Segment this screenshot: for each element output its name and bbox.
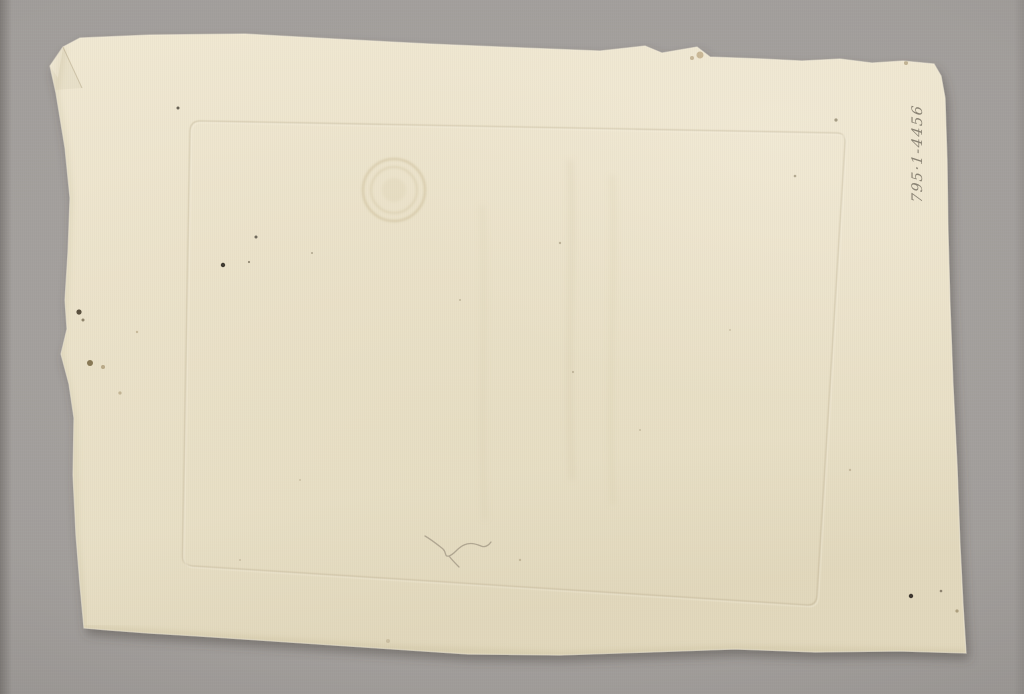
speck [87, 360, 93, 366]
speck [904, 61, 908, 65]
speck [136, 331, 138, 333]
speck [639, 429, 641, 431]
speck [386, 639, 390, 643]
speck [118, 391, 121, 394]
speck [311, 252, 313, 254]
speck [248, 261, 250, 263]
speck [709, 50, 714, 55]
artwork-scan [0, 0, 1024, 694]
speck [794, 175, 797, 178]
speck [849, 469, 851, 471]
speck [239, 559, 241, 561]
speck [299, 479, 301, 481]
speck [690, 56, 694, 60]
speck [459, 299, 461, 301]
speck [909, 594, 913, 598]
speck [940, 590, 943, 593]
photo-backdrop: 795·1-4456 [0, 0, 1024, 694]
speck [221, 263, 225, 267]
speck [82, 319, 85, 322]
speck [255, 236, 258, 239]
speck [177, 107, 180, 110]
speck [101, 365, 105, 369]
speck [559, 242, 561, 244]
inventory-inscription: 795·1-4456 [910, 84, 932, 225]
speck [697, 52, 704, 59]
speck [572, 371, 574, 373]
speck [729, 329, 731, 331]
speck [519, 559, 521, 561]
speck [955, 609, 958, 612]
paper-mottle-overlay [40, 25, 980, 675]
speck [834, 118, 837, 121]
speck [76, 309, 81, 314]
